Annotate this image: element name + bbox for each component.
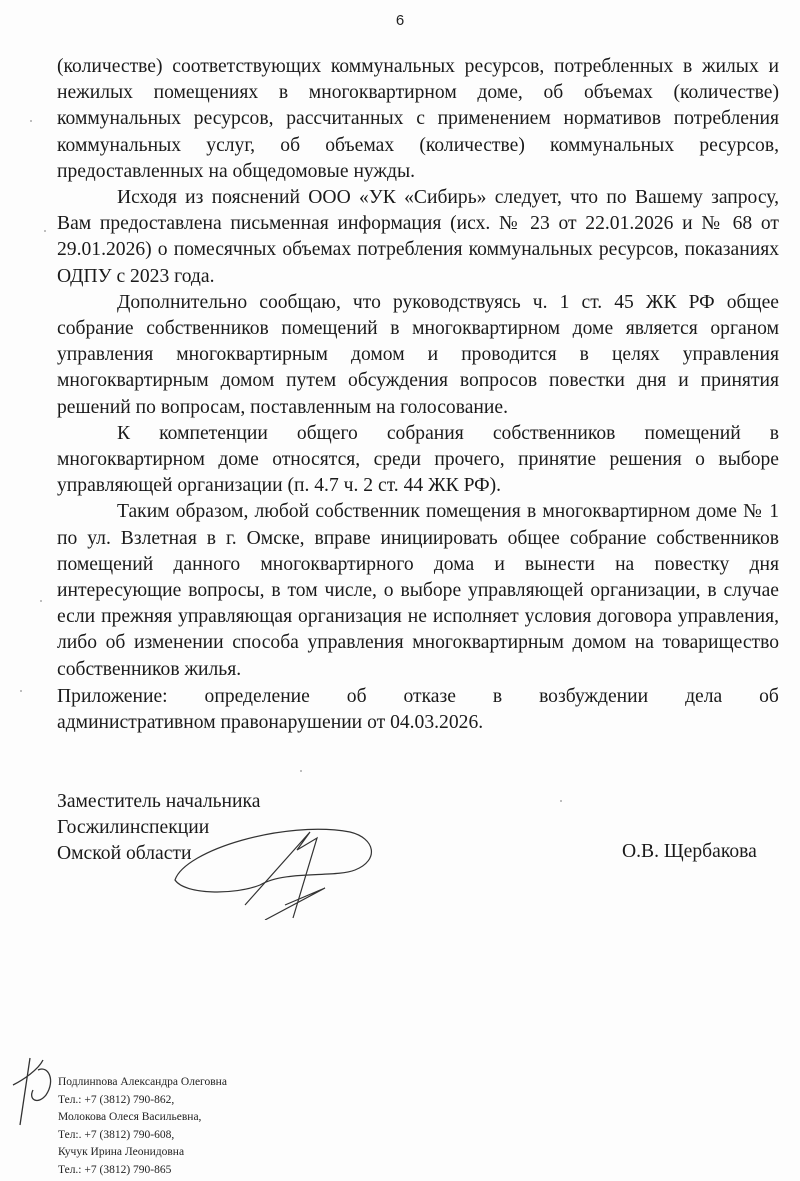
executor-name: Кучук Ирина Леонидовна bbox=[58, 1144, 227, 1162]
executor-name: Подлинnова Александра Олеговна bbox=[58, 1074, 227, 1092]
scan-speck bbox=[20, 690, 22, 692]
annex-line-2: административном правонарушении от 04.03… bbox=[57, 710, 779, 736]
scan-speck bbox=[30, 120, 32, 122]
paragraph: Исходя из пояснений ООО «УК «Сибирь» сле… bbox=[57, 185, 779, 290]
initials-signature-icon bbox=[8, 1050, 58, 1130]
scan-speck bbox=[44, 230, 46, 232]
paragraph: К компетенции общего собрания собственни… bbox=[57, 421, 779, 500]
executors-contacts: Подлинnова Александра Олеговна Тел.: +7 … bbox=[58, 1074, 227, 1179]
annex-note: Приложение: определение об отказе в возб… bbox=[57, 684, 779, 736]
letter-body: (количестве) соответствующих коммунальны… bbox=[57, 54, 779, 683]
paragraph: (количестве) соответствующих коммунальны… bbox=[57, 54, 779, 185]
scan-speck bbox=[40, 600, 42, 602]
page-number: 6 bbox=[0, 12, 800, 29]
executor-phone: Тел:. +7 (3812) 790-608, bbox=[58, 1127, 227, 1145]
signer-name: О.В. Щербакова bbox=[622, 841, 757, 863]
scan-speck bbox=[300, 770, 302, 772]
document-page: 6 (количестве) соответствующих коммуналь… bbox=[0, 0, 800, 1181]
handwritten-signature-icon bbox=[165, 810, 395, 920]
paragraph: Таким образом, любой собственник помещен… bbox=[57, 499, 779, 682]
executor-phone: Тел.: +7 (3812) 790-865 bbox=[58, 1162, 227, 1180]
annex-line-1: Приложение: определение об отказе в возб… bbox=[57, 684, 779, 710]
executor-phone: Тел.: +7 (3812) 790-862, bbox=[58, 1092, 227, 1110]
scan-speck bbox=[560, 800, 562, 802]
executor-name: Молокова Олеся Васильевна, bbox=[58, 1109, 227, 1127]
paragraph: Дополнительно сообщаю, что руководствуяс… bbox=[57, 290, 779, 421]
annex-label: Приложение: bbox=[57, 684, 168, 710]
